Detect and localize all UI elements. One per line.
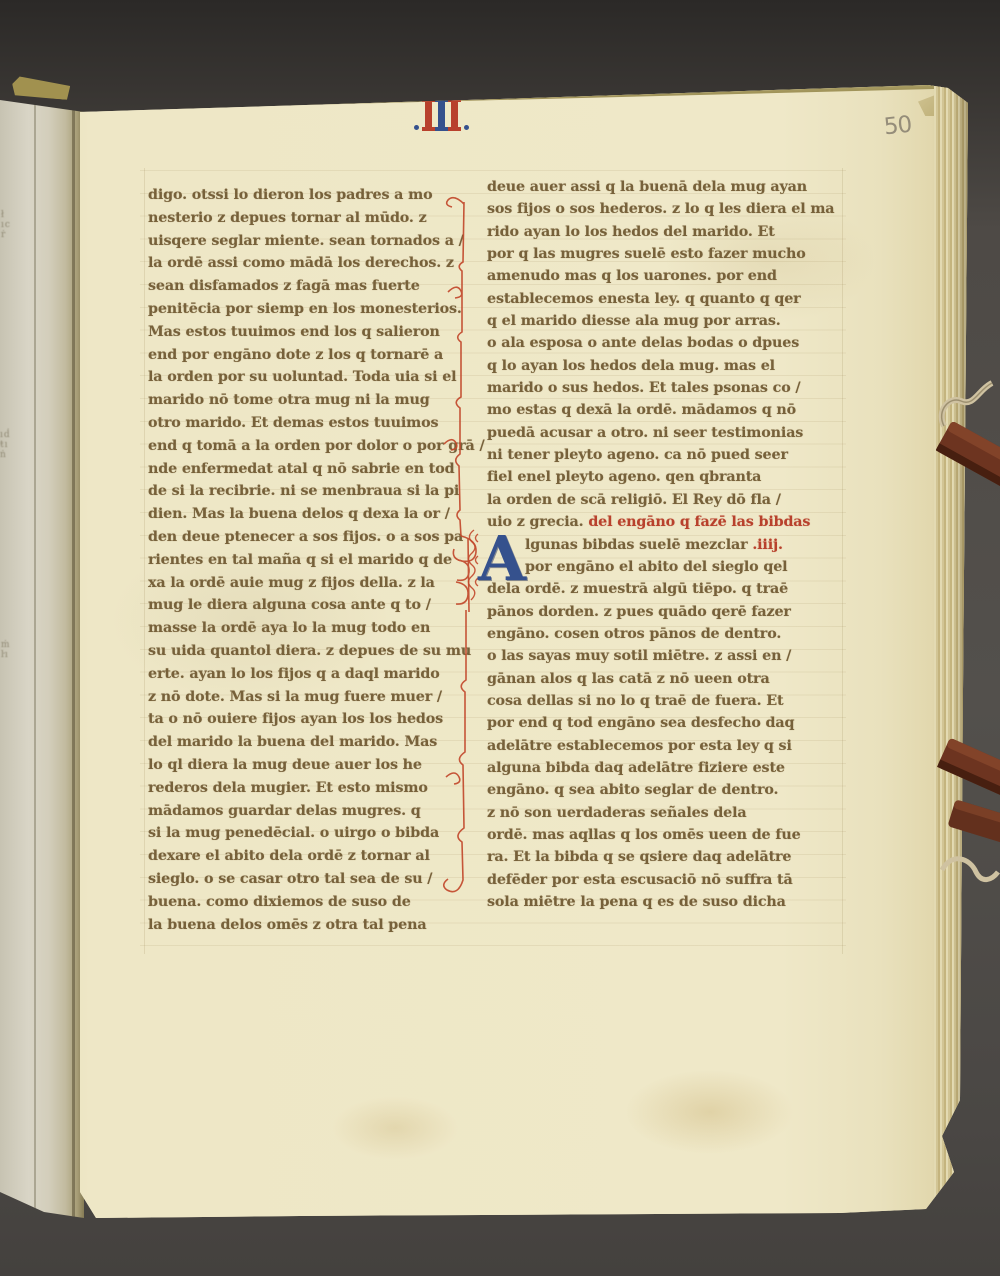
body-text: establecemos enesta ley. q quanto q qer (487, 291, 801, 307)
text-column-right: deue auer assi q la buenā dela mug ayans… (487, 176, 839, 913)
text-line: z nō dote. Mas si la mug fuere muer / (148, 686, 460, 709)
body-text: la orden por su uoluntad. Toda uia si el (148, 369, 456, 385)
text-line: Mas estos tuuimos end los q salieron (148, 321, 460, 344)
numeral-dot (414, 125, 419, 130)
text-line: digo. otssi lo dieron los padres a mo (148, 184, 460, 207)
numeral-dot (464, 125, 469, 130)
text-line: rientes en tal maña q si el marido q de (148, 549, 460, 572)
body-text: marido o sus hedos. Et tales psonas co / (487, 380, 800, 396)
body-text: end por engāno dote z los q tornarē a (148, 347, 443, 363)
text-line: defēder por esta escusaciō nō suffra tā (487, 869, 839, 891)
text-line: end por engāno dote z los q tornarē a (148, 344, 460, 367)
body-text: rido ayan lo los hedos del marido. Et (487, 224, 775, 240)
body-text: q lo ayan los hedos dela mug. mas el (487, 358, 775, 374)
text-line: z nō son uerdaderas señales dela (487, 802, 839, 824)
text-line: rido ayan lo los hedos del marido. Et (487, 221, 839, 243)
text-line: rederos dela mugier. Et esto mismo (148, 777, 460, 800)
body-text: nesterio z depues tornar al mūdo. z (148, 210, 427, 226)
rubric-text: .iiij. (752, 537, 783, 553)
text-line: deue auer assi q la buenā dela mug ayan (487, 176, 839, 198)
manuscript-page: 50 digo. otssi lo dieron los padres a mo… (0, 0, 1000, 1276)
body-text: dela ordē. z muestrā algū tiēpo. q traē (487, 581, 788, 597)
text-line: dien. Mas la buena delos q dexa la or / (148, 503, 460, 526)
body-text: ni tener pleyto ageno. ca nō pued seer (487, 447, 788, 463)
text-line: end q tomā a la orden por dolor o por gr… (148, 435, 460, 458)
text-line: sola miētre la pena q es de suso dicha (487, 891, 839, 913)
numeral-stroke (438, 100, 445, 129)
text-line: por q las mugres suelē esto fazer mucho (487, 243, 839, 265)
text-line: dexare el abito dela ordē z tornar al (148, 845, 460, 868)
text-line: engāno. q sea abito seglar de dentro. (487, 779, 839, 801)
text-line: amenudo mas q los uarones. por end (487, 265, 839, 287)
text-line: si la mug penedēcial. o uirgo o bibda (148, 822, 460, 845)
text-line: ra. Et la bibda q se qsiere daq adelātre (487, 846, 839, 868)
body-text: amenudo mas q los uarones. por end (487, 268, 777, 284)
body-text: por end q tod engāno sea desfecho daq (487, 715, 794, 731)
numeral-stroke (451, 100, 458, 129)
body-text: la orden de scā religiō. El Rey dō fla / (487, 492, 781, 508)
body-text: fiel enel pleyto ageno. qen qbranta (487, 469, 761, 485)
text-line: lo ql diera la mug deue auer los he (148, 754, 460, 777)
text-line: penitēcia por siemp en los monesterios. (148, 298, 460, 321)
text-line: q lo ayan los hedos dela mug. mas el (487, 355, 839, 377)
body-text: cosa dellas si no lo q traē de fuera. Et (487, 693, 784, 709)
body-text: rederos dela mugier. Et esto mismo (148, 780, 428, 796)
rubric-text: del engāno q fazē las bibdas (588, 514, 810, 530)
text-line: xa la ordē auie mug z fijos della. z la (148, 572, 460, 595)
text-line: alguna bibda daq adelātre fiziere este (487, 757, 839, 779)
text-line: ni tener pleyto ageno. ca nō pued seer (487, 444, 839, 466)
body-text: z nō son uerdaderas señales dela (487, 805, 747, 821)
text-line: uio z grecia. del engāno q fazē las bibd… (487, 511, 839, 533)
leather-strap-top (936, 370, 1000, 510)
body-text: nde enfermedat atal q nō sabrie en tod (148, 461, 454, 477)
body-text: q el marido diesse ala mug por arras. (487, 313, 781, 329)
gutter-fold-seam (34, 0, 36, 1276)
text-line: su uida quantol diera. z depues de su mu (148, 640, 460, 663)
book-fore-edge (934, 86, 968, 1206)
text-line: sean disfamados z fagā mas fuerte (148, 275, 460, 298)
text-line: dela ordē. z muestrā algū tiēpo. q traē (487, 578, 839, 600)
body-text: penitēcia por siemp en los monesterios. (148, 301, 462, 317)
text-line: de si la recibrie. ni se menbraua si la … (148, 480, 460, 503)
body-text: si la mug penedēcial. o uirgo o bibda (148, 825, 439, 841)
body-text: por q las mugres suelē esto fazer mucho (487, 246, 806, 262)
body-text: sean disfamados z fagā mas fuerte (148, 278, 420, 294)
text-line: la buena delos omēs z otra tal pena (148, 914, 460, 937)
text-line: gānan alos q las catā z nō ueen otra (487, 668, 839, 690)
text-line: puedā acusar a otro. ni seer testimonias (487, 422, 839, 444)
gutter-page-seam (72, 0, 75, 1276)
text-line: del marido la buena del marido. Mas (148, 731, 460, 754)
text-line: masse la ordē aya lo la mug todo en (148, 617, 460, 640)
body-text: xa la ordē auie mug z fijos della. z la (148, 575, 435, 591)
showthrough-text: ṁŀı (1, 640, 11, 660)
text-line: pānos dorden. z pues quādo qerē fazer (487, 601, 839, 623)
leather-strap-bottom (936, 712, 1000, 887)
body-text: alguna bibda daq adelātre fiziere este (487, 760, 785, 776)
text-line: lgunas bibdas suelē mezclar .iiij. (487, 534, 839, 556)
body-text: z nō dote. Mas si la mug fuere muer / (148, 689, 442, 705)
text-line: sieglo. o se casar otro tal sea de su / (148, 868, 460, 891)
text-line: o ala esposa o ante delas bodas o dpues (487, 332, 839, 354)
body-text: ra. Et la bibda q se qsiere daq adelātre (487, 849, 791, 865)
text-line: mug le diera alguna cosa ante q to / (148, 594, 460, 617)
body-text: marido nō tome otra mug ni la mug (148, 392, 430, 408)
text-line: erte. ayan lo los fijos q a daql marido (148, 663, 460, 686)
body-text: mo estas q dexā la ordē. mādamos q nō (487, 402, 796, 418)
initial-letter: A (478, 522, 526, 595)
body-text: gānan alos q las catā z nō ueen otra (487, 671, 770, 687)
body-text: Mas estos tuuimos end los q salieron (148, 324, 440, 340)
body-text: adelātre establecemos por esta ley q si (487, 738, 792, 754)
body-text: por engāno el abito del sieglo qel (525, 559, 787, 575)
body-text: digo. otssi lo dieron los padres a mo (148, 187, 432, 203)
folio-number: 50 (883, 112, 913, 141)
chapter-numeral (414, 94, 469, 134)
body-text: uisqere seglar miente. sean tornados a / (148, 233, 464, 249)
body-text: puedā acusar a otro. ni seer testimonias (487, 425, 803, 441)
body-text: deue auer assi q la buenā dela mug ayan (487, 179, 807, 195)
body-text: mādamos guardar delas mugres. q (148, 803, 421, 819)
text-line: marido o sus hedos. Et tales psonas co / (487, 377, 839, 399)
showthrough-text: ıḋŧıṅ (0, 430, 11, 460)
body-text: end q tomā a la orden por dolor o por gr… (148, 438, 485, 454)
text-line: engāno. cosen otros pānos de dentro. (487, 623, 839, 645)
body-text: sieglo. o se casar otro tal sea de su / (148, 871, 432, 887)
body-text: la buena delos omēs z otra tal pena (148, 917, 426, 933)
page-top-edge (66, 79, 976, 111)
text-line: ordē. mas aqllas q los omēs ueen de fue (487, 824, 839, 846)
text-line: cosa dellas si no lo q traē de fuera. Et (487, 690, 839, 712)
body-text: lo ql diera la mug deue auer los he (148, 757, 422, 773)
text-line: mādamos guardar delas mugres. q (148, 800, 460, 823)
text-line: nesterio z depues tornar al mūdo. z (148, 207, 460, 230)
body-text: defēder por esta escusaciō nō suffra tā (487, 872, 793, 888)
numeral-stroke (425, 100, 432, 129)
body-text: otro marido. Et demas estos tuuimos (148, 415, 438, 431)
body-text: sos fijos o sos hederos. z lo q les dier… (487, 201, 834, 217)
body-text: rientes en tal maña q si el marido q de (148, 552, 452, 568)
body-text: engāno. q sea abito seglar de dentro. (487, 782, 778, 798)
body-text: buena. como dixiemos de suso de (148, 894, 411, 910)
body-text: pānos dorden. z pues quādo qerē fazer (487, 604, 791, 620)
text-line: otro marido. Et demas estos tuuimos (148, 412, 460, 435)
text-column-left: digo. otssi lo dieron los padres a mones… (148, 184, 460, 936)
body-text: la ordē assi como mādā los derechos. z (148, 255, 454, 271)
text-line: buena. como dixiemos de suso de (148, 891, 460, 914)
body-text: erte. ayan lo los fijos q a daql marido (148, 666, 440, 682)
text-line: establecemos enesta ley. q quanto q qer (487, 288, 839, 310)
text-line: adelātre establecemos por esta ley q si (487, 735, 839, 757)
text-line: ta o nō ouiere fijos ayan los los hedos (148, 708, 460, 731)
text-line: o las sayas muy sotil miētre. z assi en … (487, 645, 839, 667)
text-line: nde enfermedat atal q nō sabrie en tod (148, 458, 460, 481)
body-text: de si la recibrie. ni se menbraua si la … (148, 483, 459, 499)
showthrough-text: łıcṙ (1, 210, 11, 240)
text-line: por engāno el abito del sieglo qel (487, 556, 839, 578)
body-text: del marido la buena del marido. Mas (148, 734, 437, 750)
text-line: sos fijos o sos hederos. z lo q les dier… (487, 198, 839, 220)
column-rule (144, 168, 145, 954)
illuminated-initial: A (472, 528, 532, 606)
body-text: o las sayas muy sotil miētre. z assi en … (487, 648, 791, 664)
body-text: sola miētre la pena q es de suso dicha (487, 894, 786, 910)
manuscript-photo: łıcṙ ıḋŧıṅ ṁŀı 50 digo. otssi lo dieron … (0, 0, 1000, 1276)
text-line: q el marido diesse ala mug por arras. (487, 310, 839, 332)
column-rule (842, 168, 843, 954)
body-text: engāno. cosen otros pānos de dentro. (487, 626, 781, 642)
text-line: la orden por su uoluntad. Toda uia si el (148, 366, 460, 389)
facing-page-edge: łıcṙ ıḋŧıṅ ṁŀı (0, 0, 84, 1276)
body-text: mug le diera alguna cosa ante q to / (148, 597, 431, 613)
body-text: dexare el abito dela ordē z tornar al (148, 848, 430, 864)
body-text: dien. Mas la buena delos q dexa la or / (148, 506, 450, 522)
text-line: fiel enel pleyto ageno. qen qbranta (487, 466, 839, 488)
text-line: la orden de scā religiō. El Rey dō fla / (487, 489, 839, 511)
text-line: por end q tod engāno sea desfecho daq (487, 712, 839, 734)
text-line: mo estas q dexā la ordē. mādamos q nō (487, 399, 839, 421)
text-line: uisqere seglar miente. sean tornados a / (148, 230, 460, 253)
text-line: la ordē assi como mādā los derechos. z (148, 252, 460, 275)
text-line: den deue ptenecer a sos fijos. o a sos p… (148, 526, 460, 549)
body-text: su uida quantol diera. z depues de su mu (148, 643, 471, 659)
body-text: ta o nō ouiere fijos ayan los los hedos (148, 711, 443, 727)
body-text: den deue ptenecer a sos fijos. o a sos p… (148, 529, 463, 545)
binding-tab (11, 76, 70, 100)
body-text: ordē. mas aqllas q los omēs ueen de fue (487, 827, 801, 843)
text-line: marido nō tome otra mug ni la mug (148, 389, 460, 412)
body-text: o ala esposa o ante delas bodas o dpues (487, 335, 799, 351)
body-text: lgunas bibdas suelē mezclar (525, 537, 752, 553)
body-text: masse la ordē aya lo la mug todo en (148, 620, 430, 636)
